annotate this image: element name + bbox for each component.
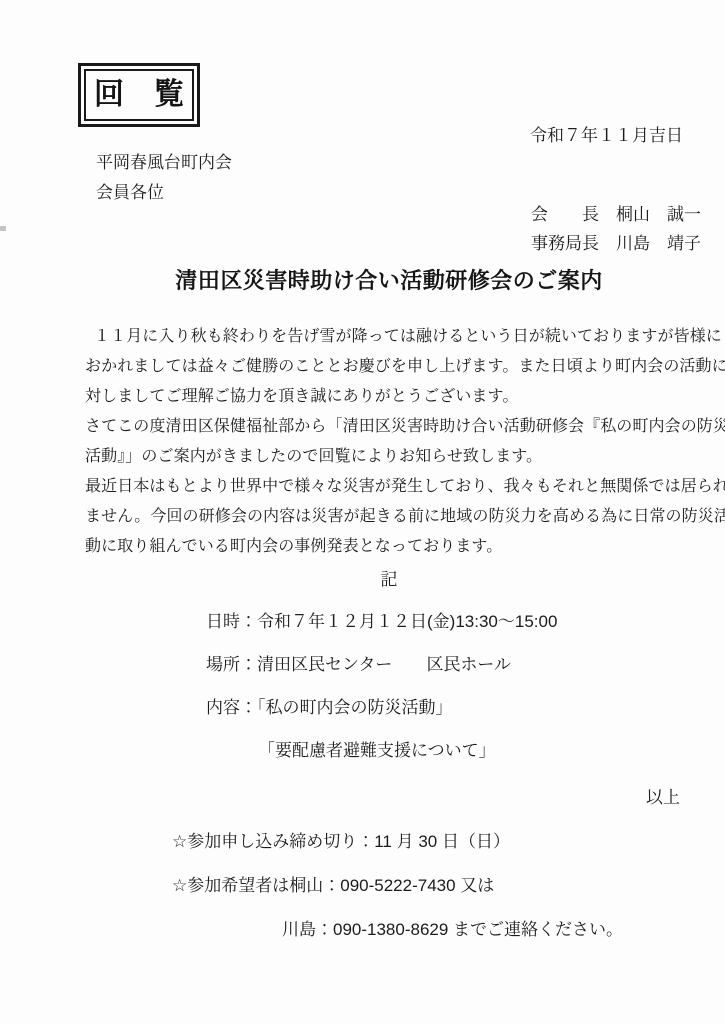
detail-place-value: 清田区民センター 区民ホール <box>257 655 511 674</box>
body-line: おかれましては益々ご健勝のこととお慶びを申し上げます。また日頃より町内会の活動に <box>85 352 700 382</box>
officer-secretary-line: 事務局長 川島 靖子 <box>531 229 701 258</box>
detail-content-1: 内容：「私の町内会の防災活動」 <box>206 693 557 736</box>
body-line: さてこの度清田区保健福祉部から「清田区災害時助け合い活動研修会『私の町内会の防災 <box>85 412 700 442</box>
officer-chairman-line: 会 長 桐山 誠一 <box>531 200 701 229</box>
body-line: 対しましてご理解ご協力を頂き誠にありがとうございます。 <box>85 382 700 412</box>
recipients-line: 会員各位 <box>96 178 164 203</box>
note-contact-kiriyama: ☆参加希望者は桐山：090-5222-7430 又は <box>172 871 623 915</box>
detail-datetime-label: 日時： <box>206 612 257 631</box>
scan-artifact <box>0 226 6 231</box>
body-paragraphs: １１月に入り秋も終わりを告げ雪が降っては融けるという日が続いておりますが皆様に … <box>85 322 700 562</box>
detail-content-value-2: 「要配慮者避難支援について」 <box>258 741 496 760</box>
event-details-block: 日時：令和７年１２月１２日(金)13:30～15:00 場所：清田区民センター … <box>206 607 557 779</box>
body-line: 動に取り組んでいる町内会の事例発表となっております。 <box>85 532 700 562</box>
detail-content-2: 「要配慮者避難支援について」 <box>206 736 557 779</box>
document-title: 清田区災害時助け合い活動研修会のご案内 <box>85 264 693 295</box>
note-deadline: ☆参加申し込み締め切り：11 月 30 日（日） <box>172 827 623 871</box>
body-line: １１月に入り秋も終わりを告げ雪が降っては融けるという日が続いておりますが皆様に <box>85 322 700 352</box>
kairan-stamp-box: 回 覧 <box>78 63 200 127</box>
note-contact-kawashima: 川島：090-1380-8629 までご連絡ください。 <box>172 915 623 959</box>
body-line: ません。今回の研修会の内容は災害が起きる前に地域の防災力を高める為に日常の防災活 <box>85 502 700 532</box>
scanned-notice-page: 回 覧 令和７年１１月吉日 平岡春風台町内会 会員各位 会 長 桐山 誠一 事務… <box>0 0 725 1024</box>
detail-content-value-1: 「私の町内会の防災活動」 <box>257 698 453 717</box>
kairan-stamp-inner-border: 回 覧 <box>84 69 194 121</box>
association-name: 平岡春風台町内会 <box>96 148 232 173</box>
issue-date: 令和７年１１月吉日 <box>530 121 683 146</box>
body-line: 最近日本はもとより世界中で様々な災害が発生しており、我々もそれと無関係では居られ <box>85 472 700 502</box>
detail-place-label: 場所： <box>206 655 257 674</box>
detail-datetime: 日時：令和７年１２月１２日(金)13:30～15:00 <box>206 607 557 650</box>
body-line: 活動』」のご案内がきましたので回覧によりお知らせ致します。 <box>85 442 700 472</box>
record-marker-ki: 記 <box>85 565 693 590</box>
officers-block: 会 長 桐山 誠一 事務局長 川島 靖子 <box>531 200 701 258</box>
detail-content-label: 内容： <box>206 698 257 717</box>
notes-block: ☆参加申し込み締め切り：11 月 30 日（日） ☆参加希望者は桐山：090-5… <box>172 827 623 959</box>
detail-datetime-value: 令和７年１２月１２日(金)13:30～15:00 <box>257 612 557 631</box>
closing-ijou: 以上 <box>646 783 680 808</box>
kairan-stamp-text: 回 覧 <box>94 80 184 110</box>
detail-place: 場所：清田区民センター 区民ホール <box>206 650 557 693</box>
